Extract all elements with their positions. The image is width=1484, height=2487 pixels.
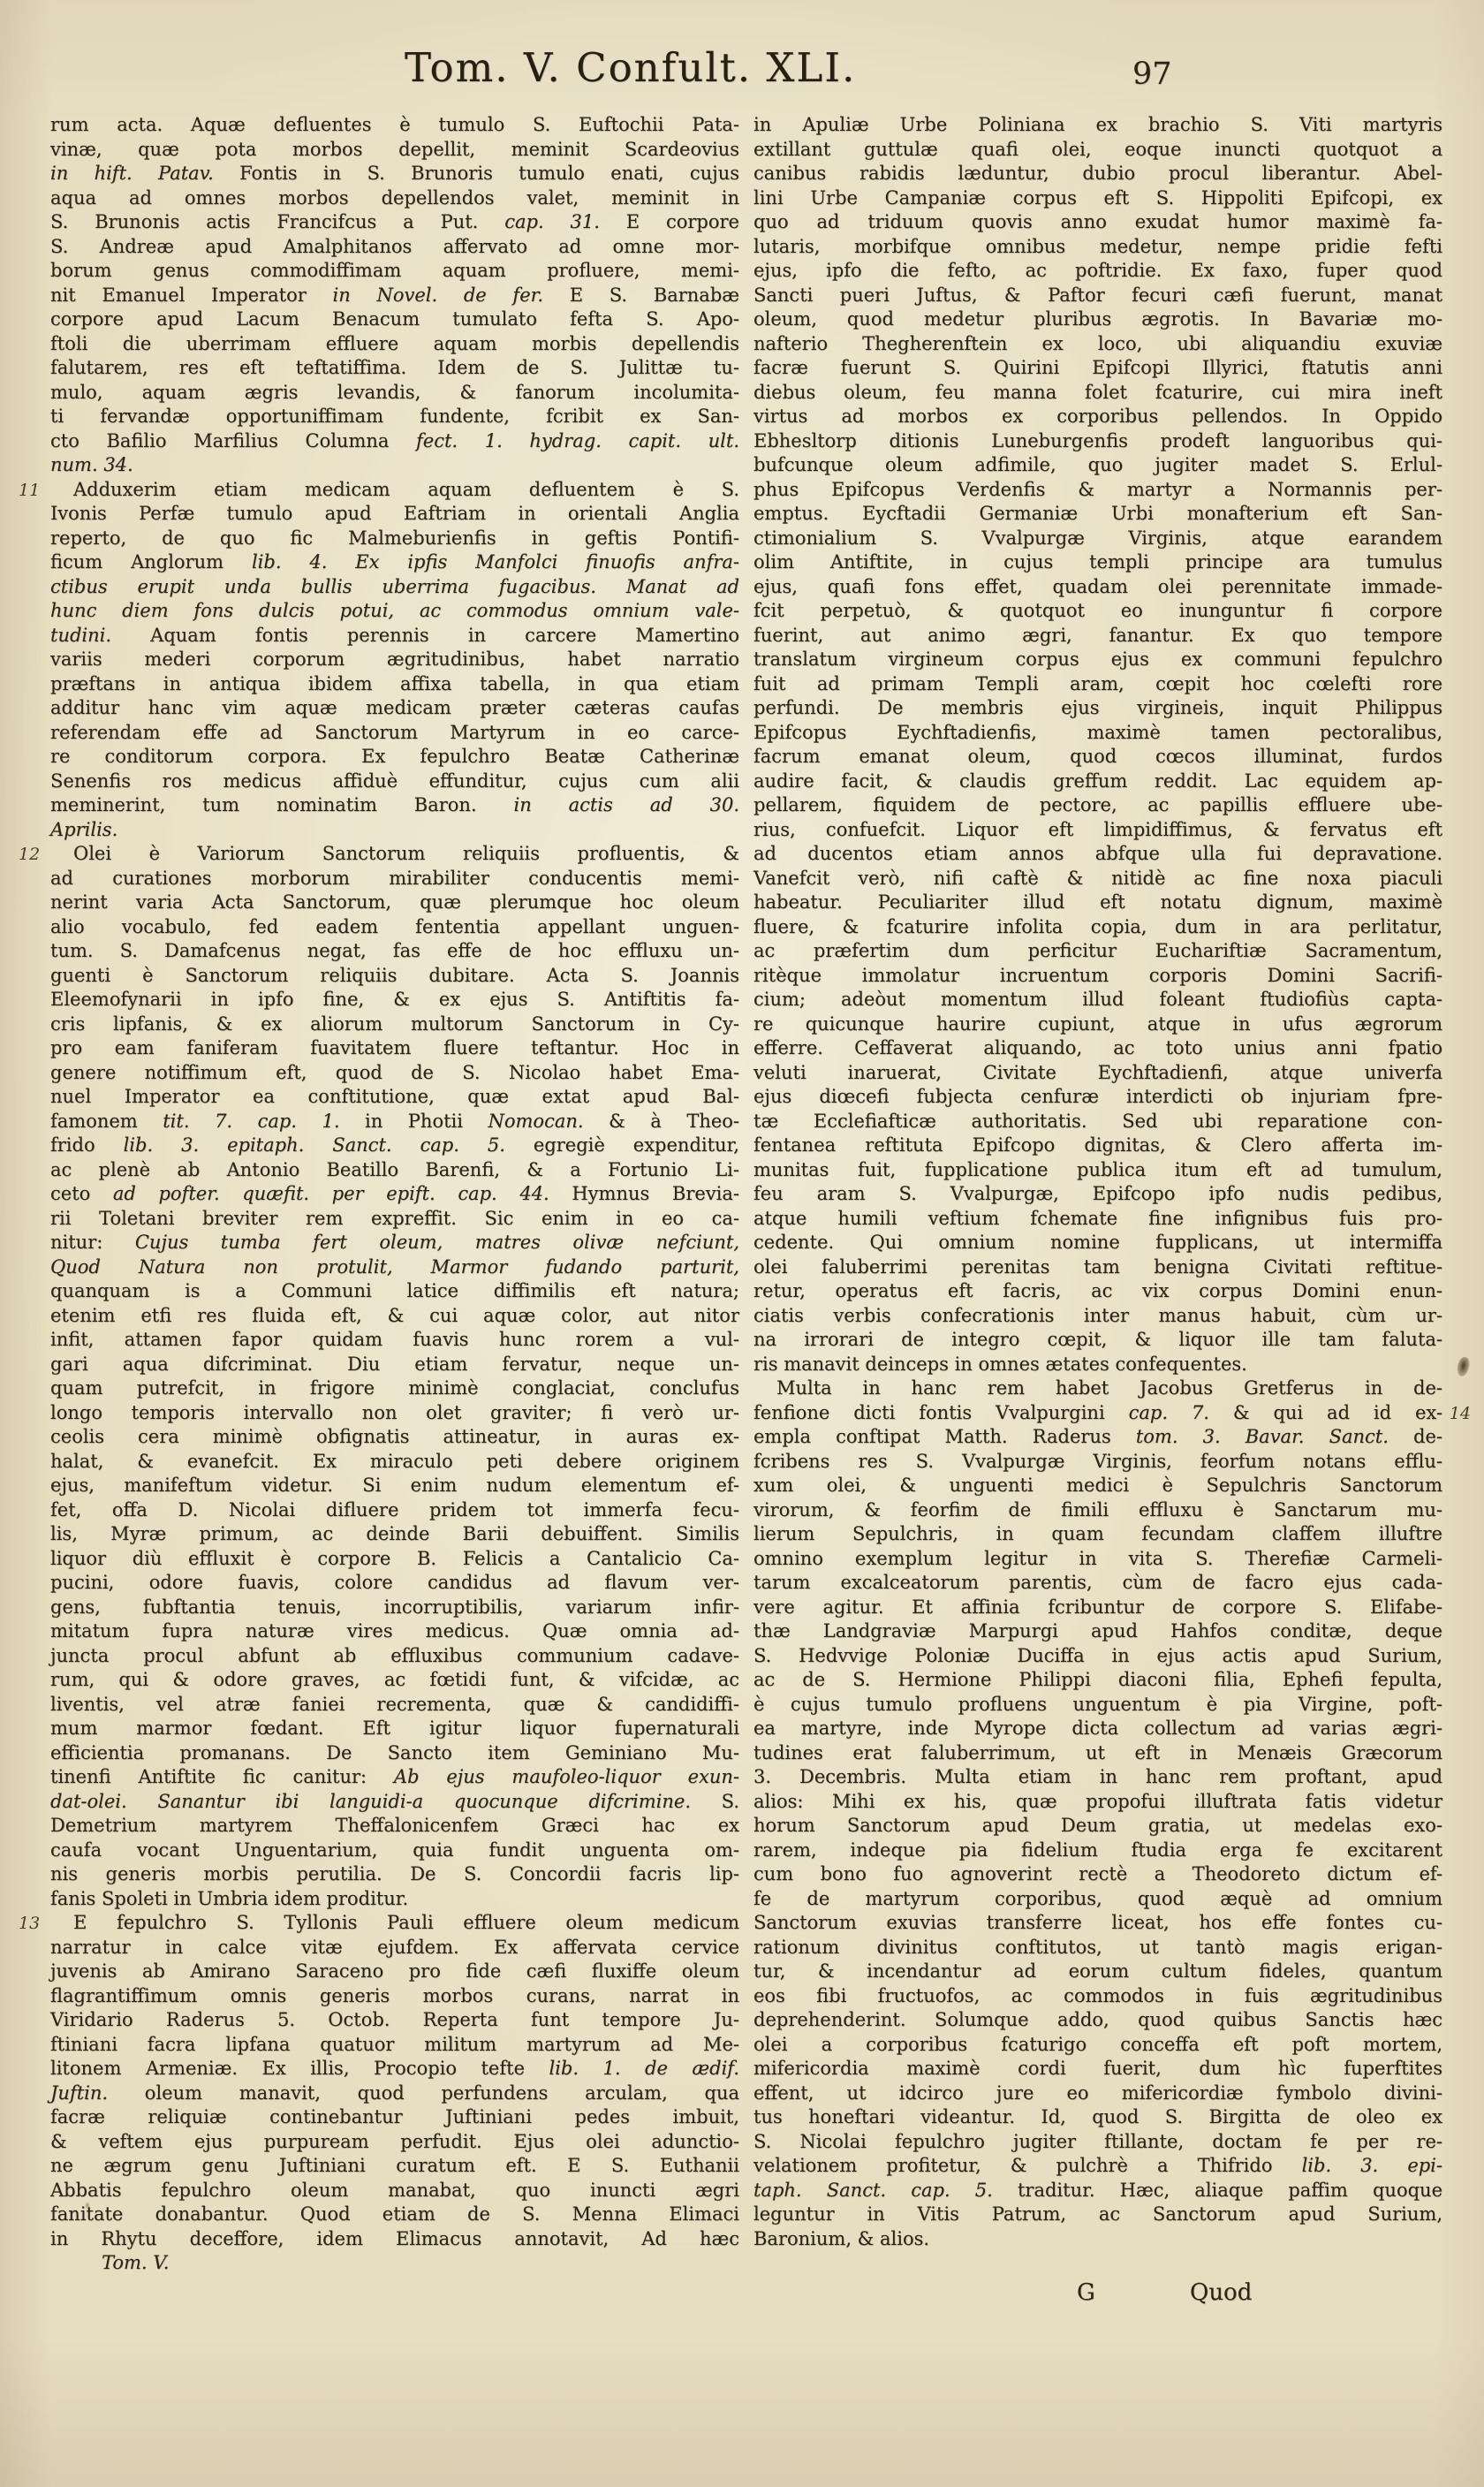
text-line: atque humili veftium fchemate fine infig… bbox=[753, 1207, 1442, 1232]
margin-section-number: 14 bbox=[1450, 1402, 1471, 1427]
text-line: nit Emanuel Imperator in Novel. de fer. … bbox=[50, 284, 739, 308]
text-line: frido lib. 3. epitaph. Sanct. cap. 5. eg… bbox=[50, 1134, 739, 1158]
text-line: phus Epifcopus Verdenfis & martyr a Norm… bbox=[753, 478, 1442, 503]
text-line: S. Andreæ apud Amalphitanos affervato ad… bbox=[50, 235, 739, 260]
text-line: fluere, & fcaturire infolita copia, dum … bbox=[753, 915, 1442, 940]
text-line: referendam effe ad Sanctorum Martyrum in… bbox=[50, 721, 739, 746]
text-line: virorum, & feorfim de fimili effluxu è S… bbox=[753, 1498, 1442, 1523]
text-line: ac præfertim dum perficitur Euchariftiæ … bbox=[753, 939, 1442, 964]
text-line: S. Hedvvige Poloniæ Duciffa in ejus acti… bbox=[753, 1644, 1442, 1669]
text-line: cium; adeòut momentum illud foleant ftud… bbox=[753, 988, 1442, 1012]
text-line: fanis Spoleti in Umbria idem proditur. bbox=[50, 1887, 739, 1912]
text-line: pucini, odore fuavis, colore candidus ad… bbox=[50, 1571, 739, 1596]
text-line: cum bono fuo agnoverint rectè a Theodore… bbox=[753, 1862, 1442, 1887]
text-line: alio vocabulo, fed eadem fententia appel… bbox=[50, 915, 739, 940]
text-line: fcribens res S. Vvalpurgæ Virginis, feor… bbox=[753, 1450, 1442, 1475]
text-line: tudines erat faluberrimum, ut eft in Men… bbox=[753, 1741, 1442, 1766]
text-line: Quod Natura non protulit, Marmor fudando… bbox=[50, 1255, 739, 1280]
text-line: in hift. Patav. Fontis in S. Brunoris tu… bbox=[50, 162, 739, 186]
text-line: tinenfi Antiftite fic canitur: Ab ejus m… bbox=[50, 1765, 739, 1790]
text-line: fe de martyrum corporibus, quod æquè ad … bbox=[753, 1887, 1442, 1912]
volume-signature: Tom. V. bbox=[102, 2252, 169, 2273]
text-line: Demetrium martyrem Theffalonicenfem Græc… bbox=[50, 1814, 739, 1839]
text-line: gens, fubftantia tenuis, incorruptibilis… bbox=[50, 1596, 739, 1620]
text-line: Abbatis fepulchro oleum manabat, quo inu… bbox=[50, 2179, 739, 2203]
text-line: ctimonialium S. Vvalpurgæ Virginis, atqu… bbox=[753, 527, 1442, 551]
text-line: Sancti pueri Juftus, & Paftor fecuri cæf… bbox=[753, 284, 1442, 308]
text-line: tur, & incendantur ad eorum cultum fidel… bbox=[753, 1960, 1442, 1984]
text-line: fuit ad primam Templi aram, cœpit hoc cœ… bbox=[753, 672, 1442, 697]
book-page-scan: Tom. V. Confult. XLI. 97 rum acta. Aquæ … bbox=[0, 0, 1484, 2487]
text-line: Sanctorum exuvias transferre liceat, hos… bbox=[753, 1911, 1442, 1936]
text-line: eos fibi fructuofos, ac commodos in fuis… bbox=[753, 1984, 1442, 2009]
text-line: facræ fuerunt S. Quirini Epifcopi Illyri… bbox=[753, 356, 1442, 381]
text-line: ne ægrum genu Juftiniani curatum eft. E … bbox=[50, 2154, 739, 2179]
text-line: Eleemofynarii in ipfo fine, & ex ejus S.… bbox=[50, 988, 739, 1012]
left-column: rum acta. Aquæ defluentes è tumulo S. Eu… bbox=[50, 113, 739, 2306]
text-line: efficientia promanans. De Sancto item Ge… bbox=[50, 1741, 739, 1766]
text-line: Aprilis. bbox=[50, 818, 739, 843]
text-line: rius, confuefcit. Liquor eft limpidiffim… bbox=[753, 818, 1442, 843]
text-line: nerint varia Acta Sanctorum, quæ plerumq… bbox=[50, 891, 739, 915]
text-line: veluti inaruerat, Civitate Eychftadienfi… bbox=[753, 1061, 1442, 1086]
text-line: pellarem, fiquidem de pectore, ac papill… bbox=[753, 793, 1442, 818]
text-line: liventis, vel atræ faniei recrementa, qu… bbox=[50, 1693, 739, 1717]
text-line: alios: Mihi ex his, quæ propofui illuftr… bbox=[753, 1790, 1442, 1815]
gathering-signature: G bbox=[1077, 2279, 1095, 2306]
text-line: ea martyre, inde Myrope dicta collectum … bbox=[753, 1717, 1442, 1741]
volume-signature-row: Tom. V. bbox=[102, 2251, 739, 2276]
text-line: ciatis verbis confecrationis inter manus… bbox=[753, 1304, 1442, 1329]
text-line: diebus oleum, feu manna folet fcaturire,… bbox=[753, 381, 1442, 406]
text-line: facrum emanat oleum, quod cœcos illumina… bbox=[753, 745, 1442, 770]
text-line: ejus diœcefi fubjecta cenfuræ interdicti… bbox=[753, 1085, 1442, 1110]
text-line: olei a corporibus fcaturigo conceffa eft… bbox=[753, 2033, 1442, 2058]
text-line: borum genus commodiffimam aquam profluer… bbox=[50, 259, 739, 284]
text-line: omnino exemplum legitur in vita S. There… bbox=[753, 1547, 1442, 1572]
text-line: aqua ad omnes morbos depellendos valet, … bbox=[50, 186, 739, 211]
right-column-text: in Apuliæ Urbe Poliniana ex brachio S. V… bbox=[753, 113, 1442, 2251]
text-line: lutaris, morbifque omnibus medetur, nemp… bbox=[753, 235, 1442, 260]
page-number: 97 bbox=[1132, 57, 1172, 92]
text-line: facræ reliquiæ continebantur Juftiniani … bbox=[50, 2105, 739, 2130]
text-line: flagrantiffimum omnis generis morbos cur… bbox=[50, 1984, 739, 2009]
text-line: S. Nicolai fepulchro jugiter ftillante, … bbox=[753, 2130, 1442, 2155]
text-line: audire facit, & claudis greffum reddit. … bbox=[753, 770, 1442, 794]
text-line: nis generis morbis perutilia. De S. Conc… bbox=[50, 1862, 739, 1887]
text-line: ejus, quafi fons effet, quadam olei pere… bbox=[753, 575, 1442, 600]
text-line: infit, attamen fapor quidam fuavis hunc … bbox=[50, 1328, 739, 1353]
text-line: ejus, ipfo die fefto, ac poftridie. Ex f… bbox=[753, 259, 1442, 284]
text-line: juncta procul abfunt ab effluxibus commu… bbox=[50, 1644, 739, 1669]
text-line: lis, Myræ primum, ac deinde Barii debuif… bbox=[50, 1522, 739, 1547]
text-line: gari aqua difcriminat. Diu etiam fervatu… bbox=[50, 1353, 739, 1377]
text-line: litonem Armeniæ. Ex illis, Procopio teft… bbox=[50, 2057, 739, 2081]
catchword: Quod bbox=[1190, 2279, 1252, 2306]
running-title: Tom. V. Confult. XLI. bbox=[405, 44, 856, 91]
text-line: halat, & evanefcit. Ex miraculo peti deb… bbox=[50, 1450, 739, 1475]
text-line: nafterio Thegherenftein ex loco, ubi ali… bbox=[753, 332, 1442, 357]
text-line: fenfione dicti fontis Vvalpurgini cap. 7… bbox=[753, 1401, 1442, 1426]
text-line: ris manavit deinceps in omnes ætates con… bbox=[753, 1353, 1442, 1377]
paper-speck bbox=[1321, 495, 1329, 500]
text-line: mitatum fupra naturæ vires medicus. Quæ … bbox=[50, 1619, 739, 1644]
text-line: fet, offa D. Nicolai difluere pridem tot… bbox=[50, 1498, 739, 1523]
text-line: fanitate donabantur. Quod etiam de S. Me… bbox=[50, 2203, 739, 2227]
text-line: præftans in antiqua ibidem affixa tabell… bbox=[50, 672, 739, 697]
text-line: genere notiffimum eft, quod de S. Nicola… bbox=[50, 1061, 739, 1086]
text-line: canibus rabidis læduntur, dubio procul l… bbox=[753, 162, 1442, 186]
text-line: num. 34. bbox=[50, 453, 739, 478]
text-line: olim Antiftite, in cujus templi principe… bbox=[753, 550, 1442, 575]
text-line: ad ducentos etiam annos abfque ulla fui … bbox=[753, 842, 1442, 867]
text-line: nitur: Cujus tumba fert oleum, matres ol… bbox=[50, 1231, 739, 1255]
text-line: ceolis cera minimè obfignatis attineatur… bbox=[50, 1425, 739, 1450]
text-line: S. Brunonis actis Francifcus a Put. cap.… bbox=[50, 210, 739, 235]
text-line: ejus, manifeftum videtur. Si enim nudum … bbox=[50, 1474, 739, 1498]
text-line: deprehenderint. Solumque addo, quod quib… bbox=[753, 2008, 1442, 2033]
text-line: 3. Decembris. Multa etiam in hanc rem pr… bbox=[753, 1765, 1442, 1790]
text-line: taph. Sanct. cap. 5. traditur. Hæc, alia… bbox=[753, 2179, 1442, 2203]
text-line: na irrorari de integro cœpit, & liquor i… bbox=[753, 1328, 1442, 1353]
text-line: vinæ, quæ pota morbos depellit, meminit … bbox=[50, 138, 739, 163]
text-line: reperto, de quo fic Malmeburienfis in ge… bbox=[50, 527, 739, 551]
text-line: leguntur in Vitis Patrum, ac Sanctorum a… bbox=[753, 2203, 1442, 2227]
text-line: quam putrefcit, in frigore minimè congla… bbox=[50, 1376, 739, 1401]
text-line: fcit perpetuò, & quotquot eo inunguntur … bbox=[753, 599, 1442, 624]
margin-section-number: 11 bbox=[19, 479, 40, 504]
signature-row: G Quod bbox=[753, 2279, 1442, 2306]
text-line: in Apuliæ Urbe Poliniana ex brachio S. V… bbox=[753, 113, 1442, 138]
text-line: vere agitur. Et affinia fcribuntur de co… bbox=[753, 1596, 1442, 1620]
text-line: Ebhesltorp ditionis Luneburgenfis prodef… bbox=[753, 429, 1442, 454]
text-line: mum marmor fœdant. Eft igitur liquor fup… bbox=[50, 1717, 739, 1741]
text-line: ti fervandæ opportuniffimam fundente, fc… bbox=[50, 405, 739, 429]
text-line: re quicunque haurire cupiunt, atque in u… bbox=[753, 1012, 1442, 1037]
text-line: extillant guttulæ quafi olei, eoque inun… bbox=[753, 138, 1442, 163]
text-line: horum Sanctorum apud Deum gratia, ut med… bbox=[753, 1814, 1442, 1839]
text-line: emptus. Eycftadii Germaniæ Urbi monafter… bbox=[753, 502, 1442, 527]
text-line: bufcunque oleum adfimile, quo jugiter ma… bbox=[753, 453, 1442, 478]
text-line: meminerint, tum nominatim Baron. in acti… bbox=[50, 793, 739, 818]
paper-speck bbox=[85, 2202, 90, 2210]
text-line: feu aram S. Vvalpurgæ, Epifcopo ipfo nud… bbox=[753, 1182, 1442, 1207]
text-line: ad curationes morborum mirabiliter condu… bbox=[50, 867, 739, 891]
text-line: nuel Imperator ea conftitutione, quæ ext… bbox=[50, 1085, 739, 1110]
text-line: cto Bafilio Marfilius Columna fect. 1. h… bbox=[50, 429, 739, 454]
text-line: quo ad triduum quovis anno exudat humor … bbox=[753, 210, 1442, 235]
text-line: translatum virgineum corpus ejus ex comm… bbox=[753, 648, 1442, 672]
text-line: ficum Anglorum lib. 4. Ex ipfis Manfolci… bbox=[50, 550, 739, 575]
text-line: ftoli die uberrimam effluere aquam morbi… bbox=[50, 332, 739, 357]
text-line: dat-olei. Sanantur ibi languidi-a quocun… bbox=[50, 1790, 739, 1815]
text-line: tum. S. Damafcenus negat, fas effe de ho… bbox=[50, 939, 739, 964]
text-line: variis mederi corporum ægritudinibus, ha… bbox=[50, 648, 739, 672]
text-line: tæ Ecclefiafticæ authoritatis. Sed ubi r… bbox=[753, 1110, 1442, 1134]
text-line: Adduxerim etiam medicam aquam defluentem… bbox=[50, 478, 739, 503]
text-line: falutarem, res eft teftatiffima. Idem de… bbox=[50, 356, 739, 381]
margin-section-number: 13 bbox=[19, 1912, 40, 1937]
text-line: olei faluberrimi perenitas tam benigna C… bbox=[753, 1255, 1442, 1280]
text-line: è cujus tumulo profluens unguentum è pia… bbox=[753, 1693, 1442, 1717]
text-line: thæ Landgraviæ Marpurgi apud Hahfos cond… bbox=[753, 1619, 1442, 1644]
text-line: juvenis ab Amirano Saraceno pro fide cæf… bbox=[50, 1960, 739, 1984]
text-line: longo temporis intervallo non olet gravi… bbox=[50, 1401, 739, 1426]
text-line: velationem profitetur, & pulchrè a Thifr… bbox=[753, 2154, 1442, 2179]
text-line: Baronium, & alios. bbox=[753, 2227, 1442, 2252]
text-line: tus honeftari videantur. Id, quod S. Bir… bbox=[753, 2105, 1442, 2130]
text-line: hunc diem fons dulcis potui, ac commodus… bbox=[50, 599, 739, 624]
text-line: liquor diù effluxit è corpore B. Felicis… bbox=[50, 1547, 739, 1572]
text-line: re conditorum corpora. Ex fepulchro Beat… bbox=[50, 745, 739, 770]
text-line: famonem tit. 7. cap. 1. in Photii Nomoca… bbox=[50, 1110, 739, 1134]
text-line: caufa vocant Unguentarium, quia fundit u… bbox=[50, 1839, 739, 1863]
text-line: lini Urbe Campaniæ corpus eft S. Hippoli… bbox=[753, 186, 1442, 211]
text-line: narratur in calce vitæ ejufdem. Ex affer… bbox=[50, 1936, 739, 1960]
text-line: Olei è Variorum Sanctorum reliquiis prof… bbox=[50, 842, 739, 867]
text-line: E fepulchro S. Tyllonis Pauli effluere o… bbox=[50, 1911, 739, 1936]
text-line: efferre. Ceffaverat aliquando, ac toto u… bbox=[753, 1036, 1442, 1061]
text-line: pro eam faniferam fuavitatem fluere teft… bbox=[50, 1036, 739, 1061]
text-line: Viridario Raderus 5. Octob. Reperta funt… bbox=[50, 2008, 739, 2033]
text-line: rarem, indeque pia fidelium ftudia erga … bbox=[753, 1839, 1442, 1863]
text-line: mulo, aquam ægris levandis, & fanorum in… bbox=[50, 381, 739, 406]
text-line: rum, qui & odore graves, ac fœtidi funt,… bbox=[50, 1668, 739, 1693]
margin-section-number: 12 bbox=[19, 843, 40, 868]
right-column: in Apuliæ Urbe Poliniana ex brachio S. V… bbox=[753, 113, 1442, 2306]
text-block: rum acta. Aquæ defluentes è tumulo S. Eu… bbox=[50, 113, 1442, 2306]
text-line: xum olei, & unguenti medici è Sepulchris… bbox=[753, 1474, 1442, 1498]
text-line: rii Toletani breviter rem expreffit. Sic… bbox=[50, 1207, 739, 1232]
text-line: Multa in hanc rem habet Jacobus Gretferu… bbox=[753, 1376, 1442, 1401]
text-line: in Rhytu deceffore, idem Elimacus annota… bbox=[50, 2227, 739, 2252]
text-line: guenti è Sanctorum reliquiis dubitare. A… bbox=[50, 964, 739, 989]
text-line: ritèque immolatur incruentum corporis Do… bbox=[753, 964, 1442, 989]
text-line: fentanea reftituta Epifcopo dignitas, & … bbox=[753, 1134, 1442, 1158]
text-line: rationum divinitus conftitutos, ut tantò… bbox=[753, 1936, 1442, 1960]
text-line: munitas fuit, fupplicatione publica itum… bbox=[753, 1158, 1442, 1183]
text-line: lierum Sepulchris, in quam fecundam claf… bbox=[753, 1522, 1442, 1547]
text-line: empla conftipat Matth. Raderus tom. 3. B… bbox=[753, 1425, 1442, 1450]
text-line: & veftem ejus purpuream perfudit. Ejus o… bbox=[50, 2130, 739, 2155]
text-line: Ivonis Perfæ tumulo apud Eaftriam in ori… bbox=[50, 502, 739, 527]
text-line: additur hanc vim aquæ medicam præter cæt… bbox=[50, 696, 739, 721]
text-line: ctibus erupit unda bullis uberrima fugac… bbox=[50, 575, 739, 600]
left-column-text: rum acta. Aquæ defluentes è tumulo S. Eu… bbox=[50, 113, 739, 2251]
text-line: effent, ut idcirco jure eo mifericordiæ … bbox=[753, 2081, 1442, 2106]
text-line: Epifcopus Eychftadienfis, maximè tamen p… bbox=[753, 721, 1442, 746]
text-line: Vanefcit verò, nifi caftè & nitidè ac fi… bbox=[753, 867, 1442, 891]
text-line: fuerint, aut animo ægri, fanantur. Ex qu… bbox=[753, 624, 1442, 648]
text-line: oleum, quod medetur pluribus ægrotis. In… bbox=[753, 307, 1442, 332]
text-line: cris lipfanis, & ex aliorum multorum San… bbox=[50, 1012, 739, 1037]
text-line: tarum excalceatorum parentis, cùm de fac… bbox=[753, 1571, 1442, 1596]
text-line: virtus ad morbos ex corporibus pellendos… bbox=[753, 405, 1442, 429]
text-line: mifericordia maximè cordi fuerit, dum hì… bbox=[753, 2057, 1442, 2081]
text-line: corpore apud Lacum Benacum tumulato feft… bbox=[50, 307, 739, 332]
text-line: ftiniani facra lipfana quatuor militum m… bbox=[50, 2033, 739, 2058]
text-line: etenim etfi res fluida eft, & cui aquæ c… bbox=[50, 1304, 739, 1329]
text-line: ac de S. Hermione Philippi diaconi filia… bbox=[753, 1668, 1442, 1693]
ink-blot bbox=[1456, 1356, 1471, 1377]
text-line: habeatur. Peculiariter illud eft notatu … bbox=[753, 891, 1442, 915]
text-line: tudini. Aquam fontis perennis in carcere… bbox=[50, 624, 739, 648]
text-line: ceto ad pofter. quæfit. per epift. cap. … bbox=[50, 1182, 739, 1207]
text-line: quanquam is a Communi latice diffimilis … bbox=[50, 1279, 739, 1304]
text-line: rum acta. Aquæ defluentes è tumulo S. Eu… bbox=[50, 113, 739, 138]
text-line: Juftin. oleum manavit, quod perfundens a… bbox=[50, 2081, 739, 2106]
text-line: ac plenè ab Antonio Beatillo Barenfi, & … bbox=[50, 1158, 739, 1183]
text-line: perfundi. De membris ejus virgineis, inq… bbox=[753, 696, 1442, 721]
text-line: cedente. Qui omnium nomine fupplicans, u… bbox=[753, 1231, 1442, 1255]
text-line: retur, operatus eft facris, ac vix corpu… bbox=[753, 1279, 1442, 1304]
text-line: Senenfis ros medicus affiduè effunditur,… bbox=[50, 770, 739, 794]
